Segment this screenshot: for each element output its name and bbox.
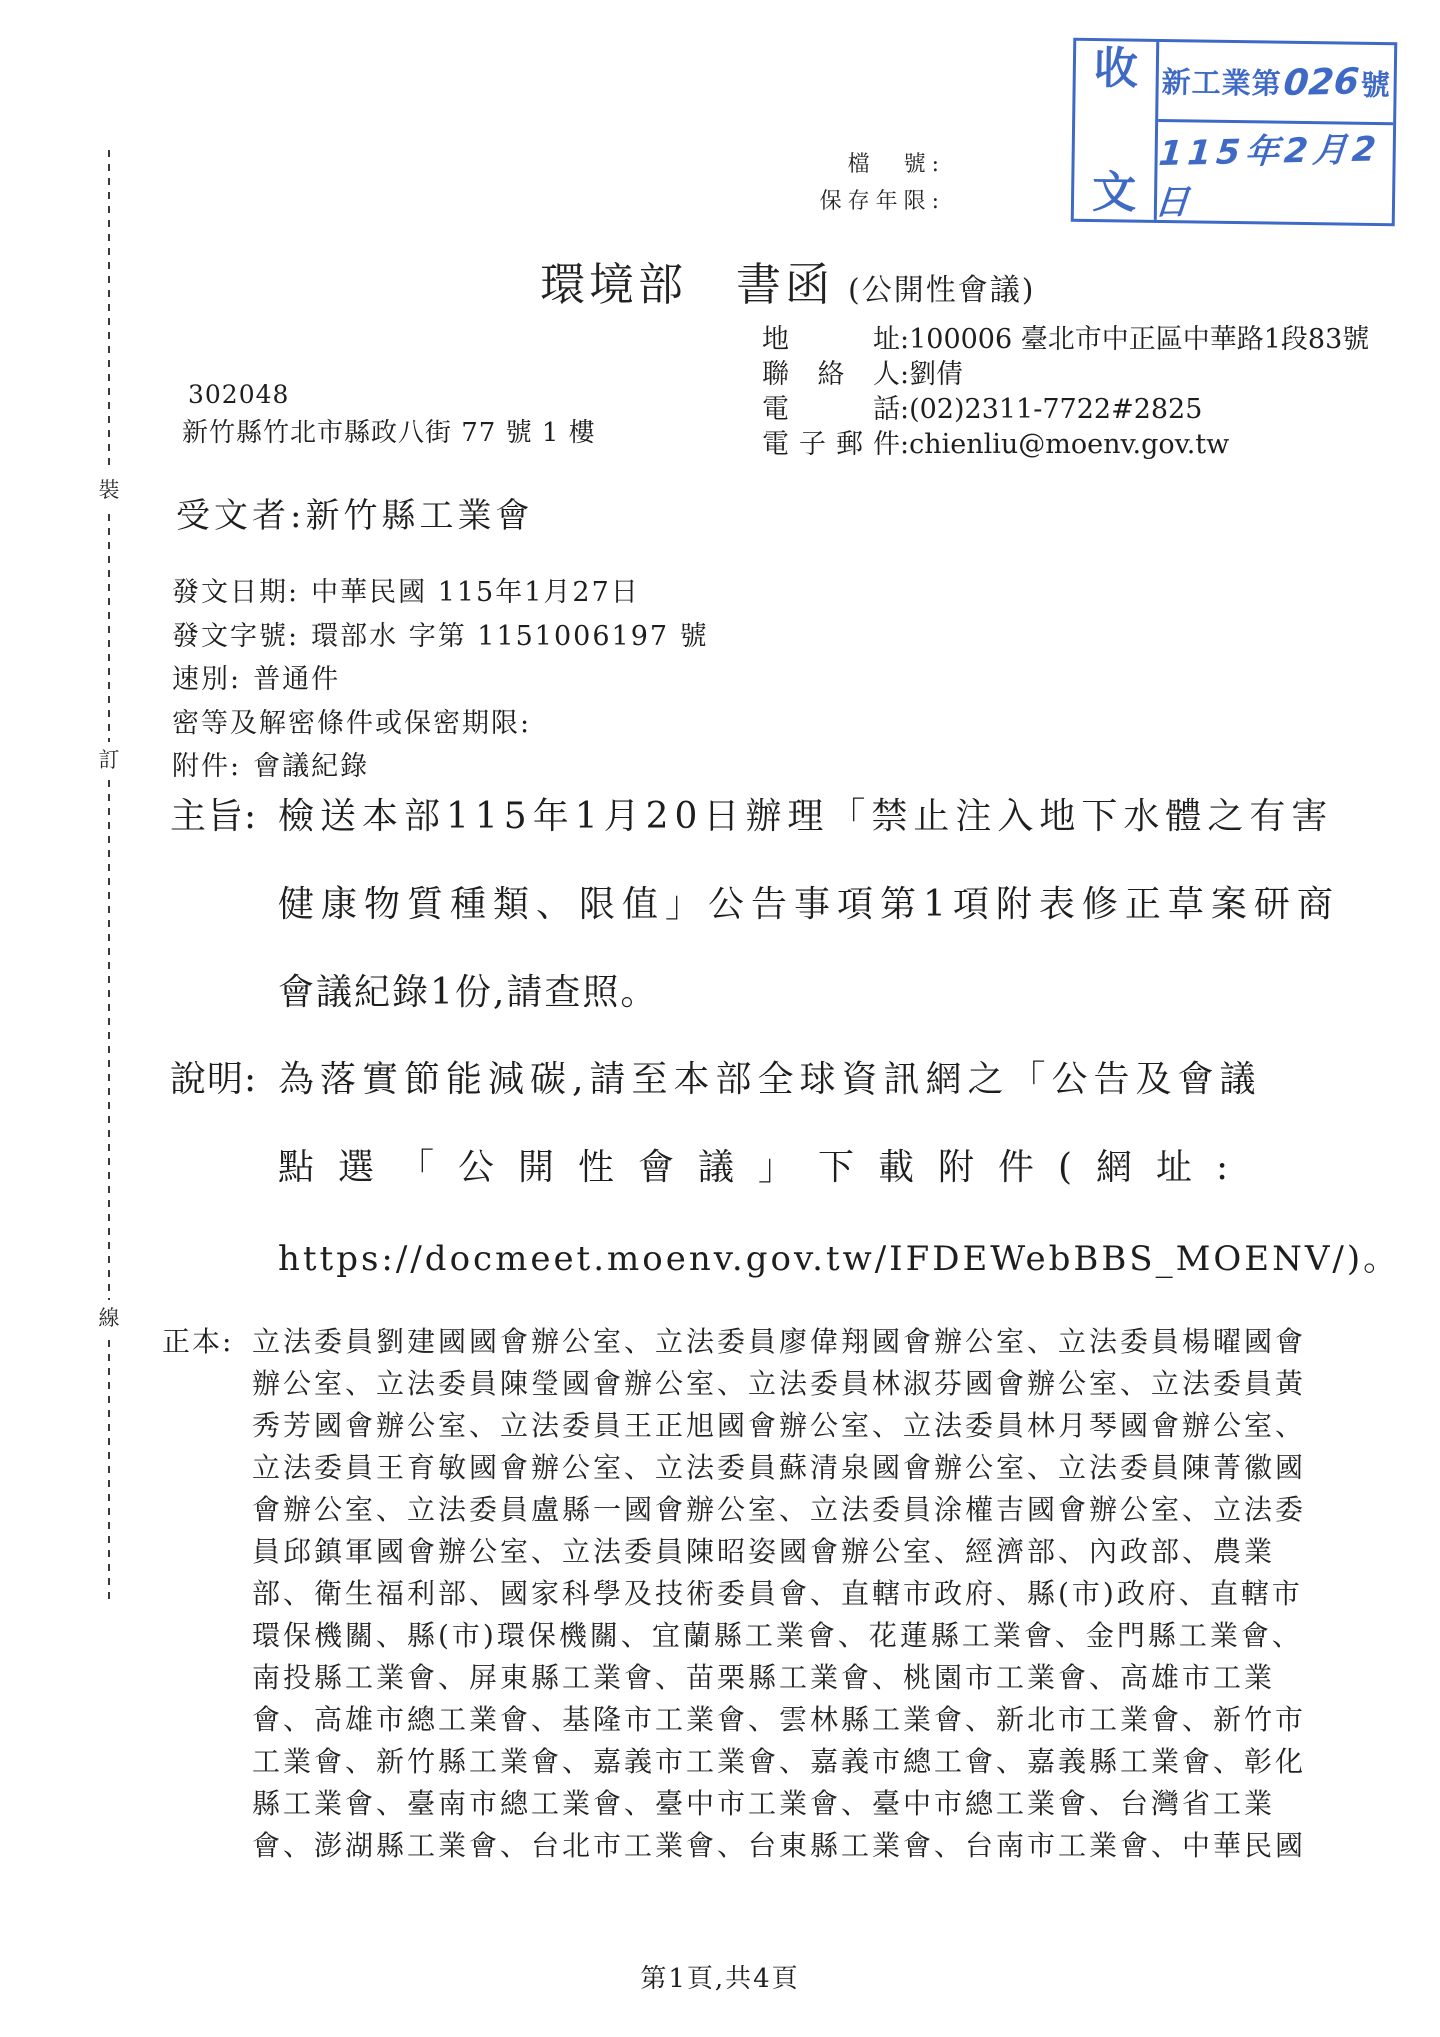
meta-docno-value: 環部水 字第 1151006197 號 [311,621,709,652]
document-title-row: 環境部 書函 (公開性會議) [540,248,1035,313]
description-line-2: 點選「公開性會議」下載附件(網址: [278,1139,1252,1190]
contact-email-value: :chienliu@moenv.gov.tw [900,429,1229,460]
contact-phone-label: 電話 [762,392,900,427]
original-copy-line-10: 會、高雄市總工業會、基隆市工業會、雲林縣工業會、新北市工業會、新竹市 [252,1698,1306,1738]
original-copy-line-6: 員邱鎮軍國會辦公室、立法委員陳昭姿國會辦公室、經濟部、內政部、農業 [252,1530,1275,1570]
recipient-line: 受文者:新竹縣工業會 [176,488,533,537]
receipt-stamp-number-row: 新工業第 026 號 [1158,42,1394,125]
original-copy-line-5: 會辦公室、立法委員盧縣一國會辦公室、立法委員涂權吉國會辦公室、立法委 [252,1488,1306,1528]
contact-row-address: 地址:100006 臺北市中正區中華路1段83號 [762,322,1369,357]
page-footer: 第1頁,共4頁 [0,1958,1440,1995]
binding-mark-zhuang: 裝 [94,472,124,509]
recipient-street: 新竹縣竹北市縣政八街 77 號 1 樓 [182,412,596,449]
receipt-stamp-date-row: 115年2月2日 [1157,122,1393,223]
meta-row-date: 發文日期:中華民國 115年1月27日 [172,571,709,615]
subject-line-3: 會議紀錄1份,請查照。 [278,964,658,1015]
archive-labels: 檔 號: 保存年限: [660,146,945,220]
subject-line-2: 健康物質種類、限值」公告事項第1項附表修正草案研商 [278,876,1340,927]
binding-mark-ding: 訂 [94,742,124,779]
agency-contact-block: 地址:100006 臺北市中正區中華路1段83號 聯絡人:劉倩 電話:(02)2… [762,322,1369,462]
file-number-label: 檔 號: [660,146,945,183]
subject-label: 主旨: [170,788,257,839]
meta-row-docno: 發文字號:環部水 字第 1151006197 號 [172,615,709,659]
meta-date-value: 中華民國 115年1月27日 [311,577,640,608]
binding-mark-xian: 線 [94,1300,124,1337]
stamp-number-suffix: 號 [1360,63,1391,104]
original-copy-line-1: 立法委員劉建國國會辦公室、立法委員廖偉翔國會辦公室、立法委員楊曜國會 [252,1320,1306,1360]
meta-attachment-label: 附件: [172,751,241,782]
contact-address-label: 地址 [762,322,900,357]
original-copy-line-11: 工業會、新竹縣工業會、嘉義市工業會、嘉義市總工會、嘉義縣工業會、彰化 [252,1740,1306,1780]
stamp-date-handwritten: 115年2月2日 [1153,121,1397,224]
original-copy-line-2: 辦公室、立法委員陳瑩國會辦公室、立法委員林淑芬國會辦公室、立法委員黃 [252,1362,1306,1402]
retention-period-label: 保存年限: [660,183,945,220]
contact-row-person: 聯絡人:劉倩 [762,357,1369,392]
meta-row-attachment: 附件:會議紀錄 [172,745,709,789]
stamp-char-document: 文 [1092,171,1137,216]
description-url-line: https://docmeet.moenv.gov.tw/IFDEWebBBS_… [278,1231,1400,1280]
contact-email-label: 電子郵件 [762,427,900,462]
meta-attachment-value: 會議紀錄 [253,751,369,782]
description-label: 說明: [170,1051,257,1102]
binding-dotted-line [108,150,110,1605]
receipt-stamp: 收 文 新工業第 026 號 115年2月2日 [1071,38,1398,227]
contact-row-email: 電子郵件:chienliu@moenv.gov.tw [762,427,1369,462]
document-title: 環境部 書函 [540,248,834,313]
meta-docno-label: 發文字號: [172,621,299,652]
meta-row-security: 密等及解密條件或保密期限: [172,702,709,746]
contact-phone-value: :(02)2311-7722#2825 [900,394,1202,425]
document-meta-block: 發文日期:中華民國 115年1月27日 發文字號:環部水 字第 11510061… [172,571,709,789]
meta-date-label: 發文日期: [172,577,299,608]
document-title-note: (公開性會議) [848,265,1035,309]
meta-row-speed: 速別:普通件 [172,658,709,702]
stamp-char-receive: 收 [1094,47,1139,92]
original-copy-line-13: 會、澎湖縣工業會、台北市工業會、台東縣工業會、台南市工業會、中華民國 [252,1824,1306,1864]
original-copy-line-3: 秀芳國會辦公室、立法委員王正旭國會辦公室、立法委員林月琴國會辦公室、 [252,1404,1306,1444]
subject-line-1: 檢送本部115年1月20日辦理「禁止注入地下水體之有害 [278,788,1333,839]
contact-row-phone: 電話:(02)2311-7722#2825 [762,392,1369,427]
original-copy-line-9: 南投縣工業會、屏東縣工業會、苗栗縣工業會、桃園市工業會、高雄市工業 [252,1656,1275,1696]
original-copy-label: 正本: [162,1320,233,1360]
original-copy-line-4: 立法委員王育敏國會辦公室、立法委員蘇清泉國會辦公室、立法委員陳菁徽國 [252,1446,1306,1486]
recipient-zip: 302048 [188,380,289,409]
description-line-1: 為落實節能減碳,請至本部全球資訊網之「公告及會議 [278,1051,1261,1102]
meta-speed-value: 普通件 [253,664,340,695]
document-page: 裝 訂 線 檔 號: 保存年限: 收 文 新工業第 026 號 115年2月2日… [0,0,1440,2037]
original-copy-line-12: 縣工業會、臺南市總工業會、臺中市工業會、臺中市總工業會、台灣省工業 [252,1782,1275,1822]
contact-address-value: :100006 臺北市中正區中華路1段83號 [900,324,1369,355]
stamp-number-handwritten: 026 [1282,61,1361,104]
contact-person-value: :劉倩 [900,359,963,390]
original-copy-line-7: 部、衛生福利部、國家科學及技術委員會、直轄市政府、縣(市)政府、直轄市 [252,1572,1303,1612]
contact-person-label: 聯絡人 [762,357,900,392]
original-copy-line-8: 環保機關、縣(市)環保機關、宜蘭縣工業會、花蓮縣工業會、金門縣工業會、 [252,1614,1303,1654]
receipt-stamp-vertical-label: 收 文 [1074,41,1159,220]
meta-speed-label: 速別: [172,664,241,695]
stamp-number-prefix: 新工業第 [1161,60,1282,103]
meta-security-label: 密等及解密條件或保密期限: [172,708,531,739]
